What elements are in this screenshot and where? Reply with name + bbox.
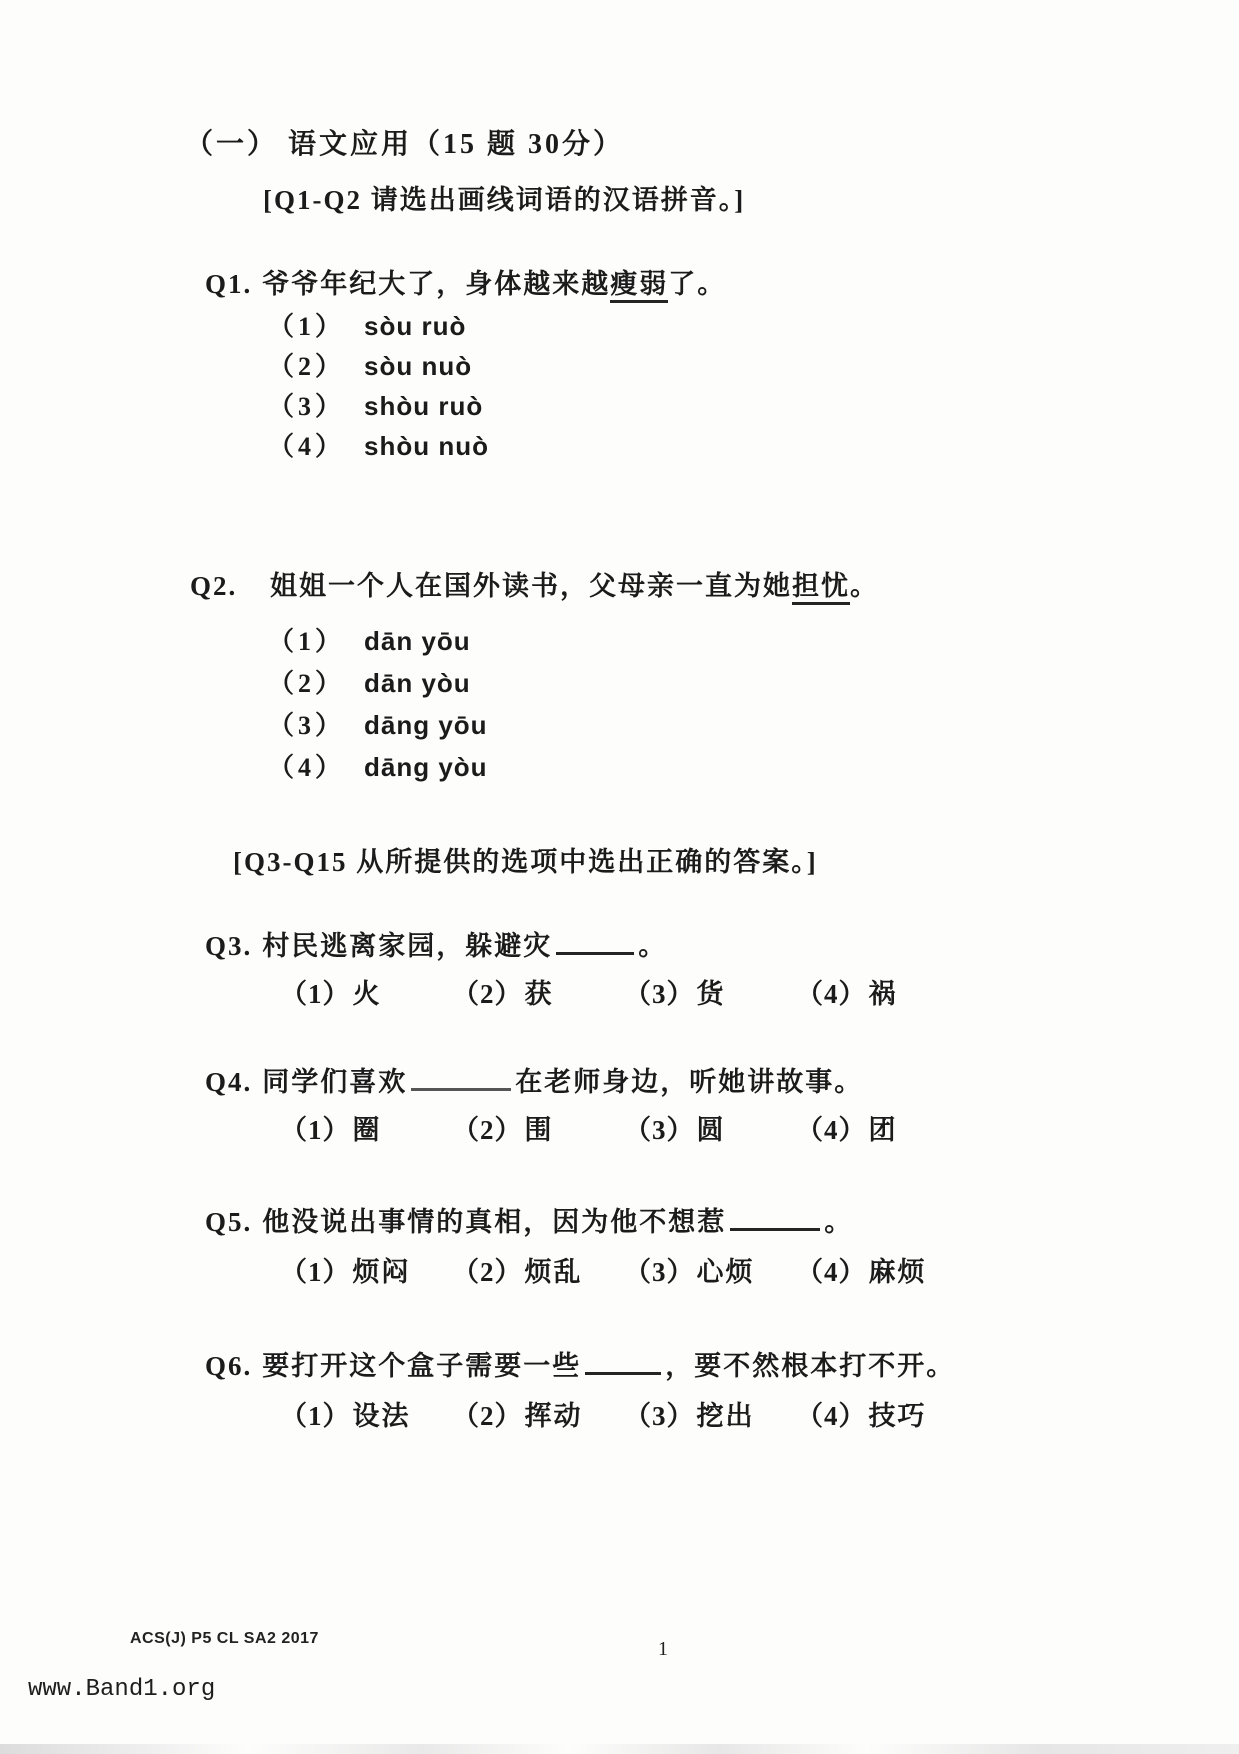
option-row: （4）dāng yòu bbox=[268, 746, 488, 788]
option-label: （1） bbox=[268, 307, 364, 347]
option-label: （1） bbox=[280, 1401, 351, 1431]
question-text-after: 了。 bbox=[668, 269, 726, 299]
option-row: （4）shòu nuò bbox=[268, 426, 489, 466]
option-label: （2） bbox=[452, 1401, 523, 1431]
question-text-after: 。 bbox=[850, 571, 879, 601]
option-value: shòu nuò bbox=[364, 431, 489, 461]
option-label: （1） bbox=[268, 621, 364, 663]
option-value: 团 bbox=[869, 1115, 898, 1145]
option-value: 挥动 bbox=[525, 1401, 583, 1431]
option: （1）烦闷 bbox=[280, 1250, 452, 1289]
question-number: Q6. bbox=[205, 1351, 252, 1382]
q2-options: （1）dān yōu （2）dān yòu （3）dāng yōu （4）dān… bbox=[268, 620, 488, 788]
question-text: 他没说出事情的真相，因为他不想惹 bbox=[262, 1207, 726, 1237]
option-row: （2）dān yòu bbox=[268, 662, 488, 704]
option: （2）获 bbox=[452, 972, 624, 1011]
answer-blank bbox=[556, 926, 634, 955]
page-number: 1 bbox=[658, 1638, 668, 1661]
option-label: （4） bbox=[268, 747, 364, 789]
option-label: （4） bbox=[796, 1257, 867, 1287]
option-label: （2） bbox=[452, 1257, 523, 1287]
q5-options: （1）烦闷 （2）烦乱 （3）心烦 （4）麻烦 bbox=[280, 1250, 927, 1289]
question-number: Q3. bbox=[205, 931, 252, 962]
answer-blank bbox=[585, 1346, 661, 1375]
option-row: （1）sòu ruò bbox=[268, 306, 489, 346]
option-row: （2）sòu nuò bbox=[268, 346, 489, 386]
q6-options: （1）设法 （2）挥动 （3）挖出 （4）技巧 bbox=[280, 1394, 927, 1433]
underlined-word: 担忧 bbox=[792, 571, 850, 605]
option-label: （3） bbox=[268, 705, 364, 747]
option-value: dān yòu bbox=[364, 668, 471, 698]
question-text: 同学们喜欢 bbox=[262, 1067, 407, 1097]
option-label: （1） bbox=[280, 979, 351, 1009]
option: （1）火 bbox=[280, 972, 452, 1011]
option-label: （4） bbox=[796, 1401, 867, 1431]
question-q4: Q4.同学们喜欢在老师身边，听她讲故事。 bbox=[205, 1060, 863, 1099]
option-value: dāng yòu bbox=[364, 752, 488, 782]
answer-blank bbox=[730, 1202, 820, 1231]
question-number: Q5. bbox=[205, 1207, 252, 1238]
option-row: （1）dān yōu bbox=[268, 620, 488, 662]
option: （4）麻烦 bbox=[796, 1250, 927, 1289]
question-q2: Q2.姐姐一个人在国外读书，父母亲一直为她担忧。 bbox=[190, 564, 879, 603]
option: （4）团 bbox=[796, 1108, 898, 1147]
option-label: （3） bbox=[624, 979, 695, 1009]
scan-edge-artifact bbox=[0, 1744, 1239, 1754]
option-value: 围 bbox=[525, 1115, 554, 1145]
instruction-q3-q15: [Q3-Q15 从所提供的选项中选出正确的答案。] bbox=[233, 840, 818, 879]
option-value: dān yōu bbox=[364, 626, 471, 656]
option-value: 挖出 bbox=[697, 1401, 755, 1431]
option-value: 获 bbox=[525, 979, 554, 1009]
answer-blank bbox=[411, 1062, 511, 1091]
option-value: 火 bbox=[353, 979, 382, 1009]
option: （1）设法 bbox=[280, 1394, 452, 1433]
option: （3）挖出 bbox=[624, 1394, 796, 1433]
option-value: 圆 bbox=[697, 1115, 726, 1145]
option-value: 圈 bbox=[353, 1115, 382, 1145]
question-text-after: 。 bbox=[638, 931, 667, 961]
document-code: ACS(J) P5 CL SA2 2017 bbox=[130, 1630, 319, 1648]
option-value: sòu nuò bbox=[364, 351, 472, 381]
option-value: sòu ruò bbox=[364, 311, 466, 341]
option-value: shòu ruò bbox=[364, 391, 483, 421]
option-label: （2） bbox=[268, 663, 364, 705]
q1-options: （1）sòu ruò （2）sòu nuò （3）shòu ruò （4）shò… bbox=[268, 306, 489, 466]
option: （3）货 bbox=[624, 972, 796, 1011]
option-value: dāng yōu bbox=[364, 710, 488, 740]
question-text-after: ，要不然根本打不开。 bbox=[665, 1351, 955, 1381]
underlined-word: 瘦弱 bbox=[610, 269, 668, 303]
option-label: （4） bbox=[796, 1115, 867, 1145]
question-q6: Q6.要打开这个盒子需要一些，要不然根本打不开。 bbox=[205, 1344, 955, 1383]
option: （3）心烦 bbox=[624, 1250, 796, 1289]
instruction-q1-q2: [Q1-Q2 请选出画线词语的汉语拼音。] bbox=[263, 178, 745, 217]
question-number: Q1. bbox=[205, 269, 252, 300]
option-label: （4） bbox=[268, 427, 364, 467]
option-label: （2） bbox=[452, 979, 523, 1009]
option: （2）烦乱 bbox=[452, 1250, 624, 1289]
question-text: 爷爷年纪大了，身体越来越 bbox=[262, 269, 610, 299]
option-value: 货 bbox=[697, 979, 726, 1009]
option-value: 心烦 bbox=[697, 1257, 755, 1287]
option: （3）圆 bbox=[624, 1108, 796, 1147]
option-label: （4） bbox=[796, 979, 867, 1009]
option-value: 烦乱 bbox=[525, 1257, 583, 1287]
option-value: 技巧 bbox=[869, 1401, 927, 1431]
option: （4）祸 bbox=[796, 972, 898, 1011]
watermark-url: www.Band1.org bbox=[28, 1676, 215, 1703]
option-label: （3） bbox=[624, 1401, 695, 1431]
option: （2）围 bbox=[452, 1108, 624, 1147]
question-q5: Q5.他没说出事情的真相，因为他不想惹。 bbox=[205, 1200, 853, 1239]
option-label: （2） bbox=[268, 347, 364, 387]
option-label: （1） bbox=[280, 1115, 351, 1145]
q3-options: （1）火 （2）获 （3）货 （4）祸 bbox=[280, 972, 898, 1011]
question-q3: Q3.村民逃离家园，躲避灾。 bbox=[205, 924, 667, 963]
option: （1）圈 bbox=[280, 1108, 452, 1147]
option-value: 祸 bbox=[869, 979, 898, 1009]
question-q1: Q1.爷爷年纪大了，身体越来越瘦弱了。 bbox=[205, 262, 726, 301]
question-text-after: 在老师身边，听她讲故事。 bbox=[515, 1067, 863, 1097]
option-label: （1） bbox=[280, 1257, 351, 1287]
question-text: 要打开这个盒子需要一些 bbox=[262, 1351, 581, 1381]
option: （4）技巧 bbox=[796, 1394, 927, 1433]
section-title: （一） 语文应用（15 题 30分） bbox=[185, 122, 624, 162]
option-value: 麻烦 bbox=[869, 1257, 927, 1287]
question-text-after: 。 bbox=[824, 1207, 853, 1237]
option-row: （3）shòu ruò bbox=[268, 386, 489, 426]
question-text: 村民逃离家园，躲避灾 bbox=[262, 931, 552, 961]
scanned-exam-page: （一） 语文应用（15 题 30分） [Q1-Q2 请选出画线词语的汉语拼音。]… bbox=[0, 0, 1239, 1754]
option-row: （3）dāng yōu bbox=[268, 704, 488, 746]
option-label: （2） bbox=[452, 1115, 523, 1145]
option-label: （3） bbox=[268, 387, 364, 427]
option-value: 烦闷 bbox=[353, 1257, 411, 1287]
question-number: Q4. bbox=[205, 1067, 252, 1098]
q4-options: （1）圈 （2）围 （3）圆 （4）团 bbox=[280, 1108, 898, 1147]
question-number: Q2. bbox=[190, 571, 246, 602]
option: （2）挥动 bbox=[452, 1394, 624, 1433]
option-label: （3） bbox=[624, 1115, 695, 1145]
option-value: 设法 bbox=[353, 1401, 411, 1431]
question-text: 姐姐一个人在国外读书，父母亲一直为她 bbox=[270, 571, 792, 601]
option-label: （3） bbox=[624, 1257, 695, 1287]
